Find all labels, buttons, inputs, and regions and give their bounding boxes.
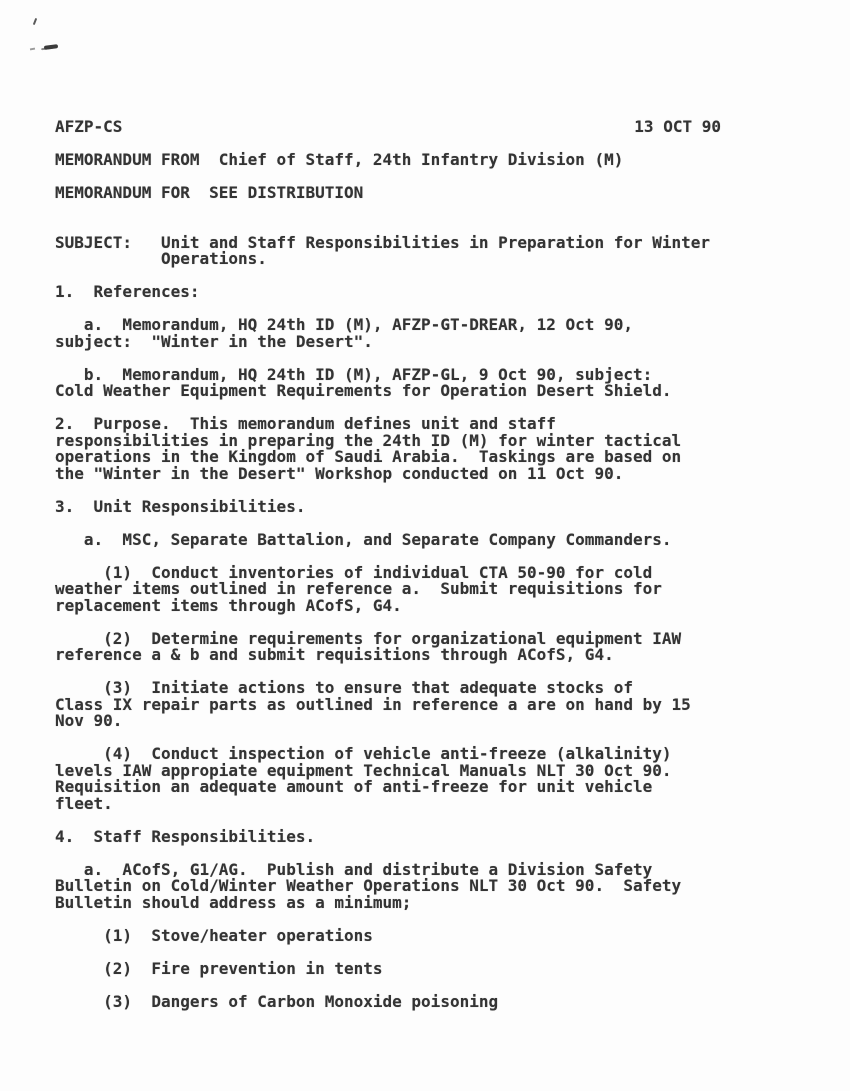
memo-from-line: MEMORANDUM FROM Chief of Staff, 24th Inf… <box>55 152 735 169</box>
memo-paragraph-staff-a2: (2) Fire prevention in tents <box>55 961 735 978</box>
memo-paragraph-unit-responsibilities: 3. Unit Responsibilities. <box>55 499 735 516</box>
office-symbol: AFZP-CS <box>55 119 122 136</box>
memo-header-row: AFZP-CS 13 OCT 90 <box>55 119 721 136</box>
memo-for-line: MEMORANDUM FOR SEE DISTRIBUTION <box>55 185 735 202</box>
memo-paragraph-staff-a3: (3) Dangers of Carbon Monoxide poisoning <box>55 994 735 1011</box>
memo-paragraph-references: 1. References: <box>55 284 735 301</box>
scan-artifact-tick <box>33 18 37 25</box>
memo-paragraph-unit-a2: (2) Determine requirements for organizat… <box>55 631 735 664</box>
memo-document: AFZP-CS 13 OCT 90 MEMORANDUM FROM Chief … <box>55 119 735 1010</box>
memo-paragraph-unit-a4: (4) Conduct inspection of vehicle anti-f… <box>55 746 735 812</box>
memo-paragraph-unit-a1: (1) Conduct inventories of individual CT… <box>55 565 735 615</box>
memo-paragraph-staff-a1: (1) Stove/heater operations <box>55 928 735 945</box>
memo-paragraph-unit-a3: (3) Initiate actions to ensure that adeq… <box>55 680 735 730</box>
scan-artifact-smudge <box>44 44 58 50</box>
memo-subject-block: SUBJECT: Unit and Staff Responsibilities… <box>55 235 735 268</box>
scan-artifact-dash <box>30 48 35 51</box>
memo-paragraph-reference-a: a. Memorandum, HQ 24th ID (M), AFZP-GT-D… <box>55 317 735 350</box>
memo-date: 13 OCT 90 <box>634 119 721 136</box>
memo-paragraph-staff-a: a. ACofS, G1/AG. Publish and distribute … <box>55 862 735 912</box>
memo-paragraph-unit-a: a. MSC, Separate Battalion, and Separate… <box>55 532 735 549</box>
memo-page: AFZP-CS 13 OCT 90 MEMORANDUM FROM Chief … <box>0 0 850 1091</box>
memo-paragraph-purpose: 2. Purpose. This memorandum defines unit… <box>55 416 735 482</box>
memo-paragraph-reference-b: b. Memorandum, HQ 24th ID (M), AFZP-GL, … <box>55 367 735 400</box>
memo-paragraph-staff-responsibilities: 4. Staff Responsibilities. <box>55 829 735 846</box>
